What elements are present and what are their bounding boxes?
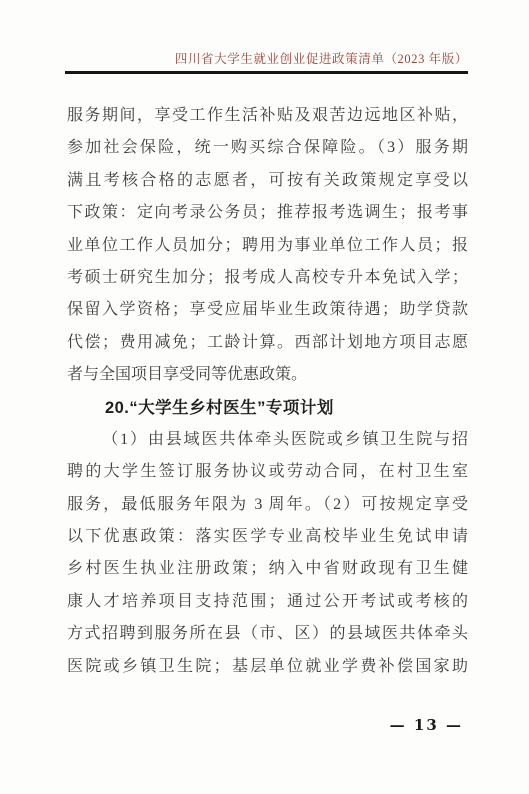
text-line: 满且考核合格的志愿者，可按有关政策规定享受以 [67,165,468,197]
text-line: 业单位工作人员加分；聘用为事业单位工作人员；报 [67,230,468,262]
text-line: 服务期间，享受工作生活补贴及艰苦边远地区补贴， [67,100,468,132]
text-line: 服务，最低服务年限为 3 周年。（2）可按规定享受 [67,489,468,521]
text-line: 以下优惠政策：落实医学专业高校毕业生免试申请 [67,521,468,553]
text-line: 者与全国项目享受同等优惠政策。 [67,359,468,391]
text-line: 聘的大学生签订服务协议或劳动合同，在村卫生室 [67,456,468,488]
text-line: 考硕士研究生加分；报考成人高校专升本免试入学； [67,262,468,294]
text-line: （1）由县域医共体牵头医院或乡镇卫生院与招 [67,424,468,456]
text-line: 保留入学资格；享受应届毕业生政策待遇；助学贷款 [67,294,468,326]
text-line: 代偿；费用减免；工龄计算。西部计划地方项目志愿 [67,327,468,359]
text-line: 参加社会保险，统一购买综合保障险。（3）服务期 [67,132,468,164]
document-page: 四川省大学生就业创业促进政策清单（2023 年版） 服务期间，享受工作生活补贴及… [0,0,529,794]
header-rule [65,71,468,74]
text-line: 乡村医生执业注册政策；纳入中省财政现有卫生健 [67,553,468,585]
text-line: 下政策：定向考录公务员；推荐报考选调生；报考事 [67,197,468,229]
running-header-title: 四川省大学生就业创业促进政策清单（2023 年版） [66,49,468,67]
page-number: — 13 — [390,716,463,734]
text-line: 医院或乡镇卫生院；基层单位就业学费补偿国家助 [67,651,468,683]
body-text: 服务期间，享受工作生活补贴及艰苦边远地区补贴，参加社会保险，统一购买综合保障险。… [67,100,468,683]
text-line: 方式招聘到服务所在县（市、区）的县域医共体牵头 [67,618,468,650]
section-heading: 20.“大学生乡村医生”专项计划 [67,392,468,424]
text-line: 康人才培养项目支持范围；通过公开考试或考核的 [67,586,468,618]
paragraph-rural-doctor: （1）由县域医共体牵头医院或乡镇卫生院与招聘的大学生签订服务协议或劳动合同，在村… [67,424,468,683]
paragraph-continuation: 服务期间，享受工作生活补贴及艰苦边远地区补贴，参加社会保险，统一购买综合保障险。… [67,100,468,392]
